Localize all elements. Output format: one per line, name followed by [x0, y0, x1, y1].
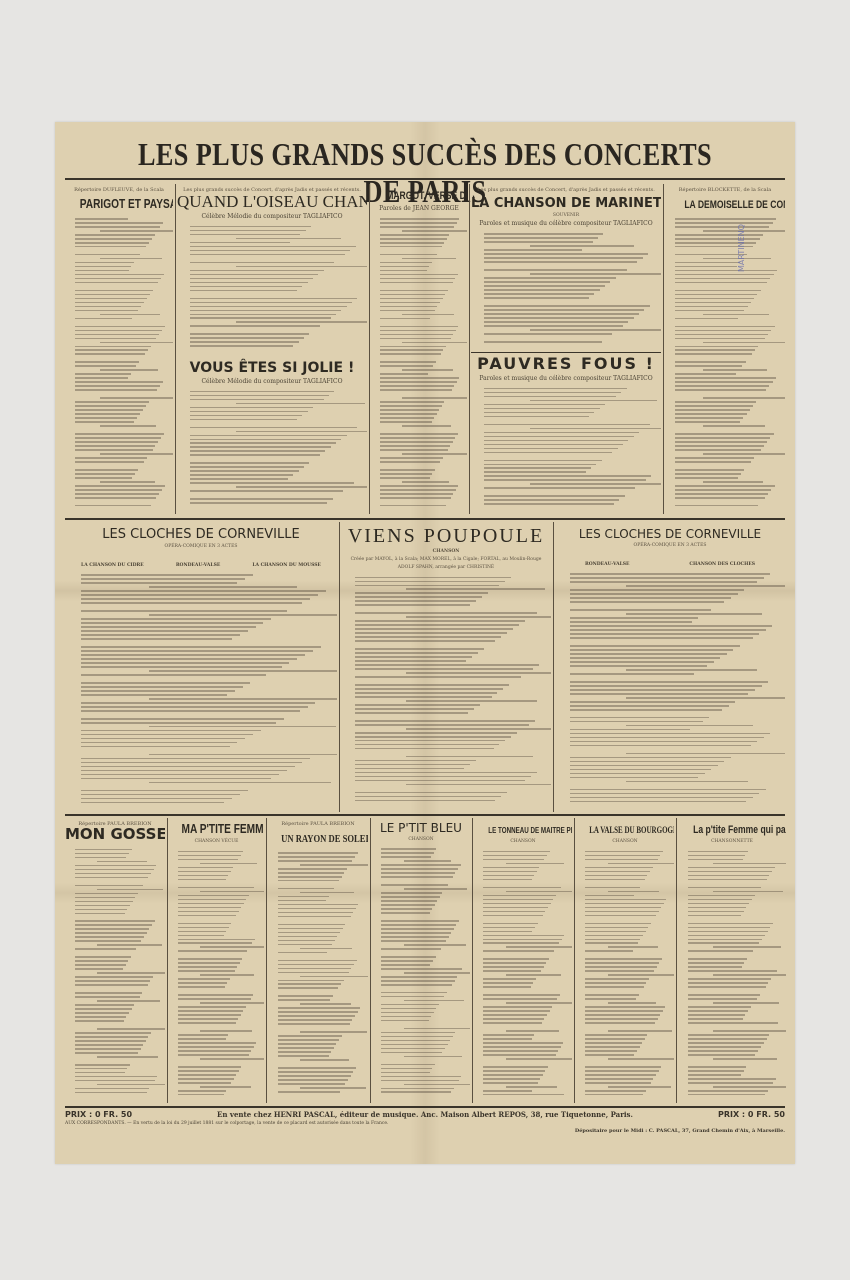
- lyric-line: [278, 904, 359, 906]
- lyric-line: [483, 879, 531, 881]
- song-subtitle: Paroles et musique du célèbre compositeu…: [471, 375, 661, 382]
- lyric-line: [530, 273, 661, 275]
- song-title: PAUVRES FOUS !: [471, 356, 661, 373]
- lyric-line: [483, 942, 559, 944]
- lyric-line: [484, 341, 601, 343]
- song-title: LA CHANSON DE MARINETTE: [471, 197, 661, 211]
- lyric-line: [585, 970, 654, 972]
- lyric-line: [81, 762, 302, 764]
- lyric-line: [381, 884, 447, 886]
- lyric-line: [484, 281, 610, 283]
- lyric-line: [675, 485, 774, 487]
- lyric-line: [81, 610, 286, 612]
- lyric-line: [278, 940, 335, 942]
- lyric-line: [178, 911, 239, 913]
- lyric-line: [484, 467, 591, 469]
- lyric-line: [355, 724, 529, 726]
- lyric-line: [81, 622, 263, 624]
- lyric-line: [703, 453, 785, 455]
- lyric-line: [278, 1055, 329, 1057]
- lyric-line: [688, 903, 749, 905]
- lyric-line: [585, 994, 638, 996]
- lyric-line: [404, 860, 451, 862]
- song-title: VOUS ÊTES SI JOLIE !: [177, 361, 367, 376]
- lyric-line: [570, 721, 703, 723]
- lyric-line: [713, 974, 786, 976]
- lyric-line: [190, 411, 307, 413]
- lyric-line: [688, 1082, 773, 1084]
- lyric-line: [381, 892, 442, 894]
- lyric-line: [81, 710, 299, 712]
- lyric-line: [483, 1006, 552, 1008]
- lyric-line: [100, 314, 160, 316]
- lyric-line: [570, 621, 692, 623]
- lyric-line: [675, 349, 755, 351]
- lyric-line: [355, 684, 509, 686]
- lyric-line: [355, 600, 476, 602]
- lyric-line: [75, 960, 129, 962]
- song-subtitle: CHANSONNETTE: [678, 839, 786, 845]
- lyric-line: [585, 907, 661, 909]
- lyric-line: [483, 855, 547, 857]
- lyric-line: [380, 433, 457, 435]
- song-genre: CHANSON: [341, 549, 551, 555]
- lyric-line: [381, 964, 430, 966]
- lyric-line: [355, 604, 470, 606]
- lyric-line: [278, 964, 355, 966]
- masthead-rule: [65, 178, 785, 180]
- lyric-line: [190, 333, 309, 335]
- lyric-line: [355, 772, 537, 774]
- lyric-line: [380, 469, 435, 471]
- lyric-line: [585, 1038, 644, 1040]
- song-subtitle: CHANSON VÉCUE: [169, 839, 264, 845]
- lyric-line: [570, 741, 757, 743]
- lyric-line: [81, 674, 266, 676]
- lyric-line: [178, 915, 236, 917]
- lyric-line: [585, 986, 643, 988]
- lyrics-block: [175, 851, 258, 1096]
- lyric-line: [570, 573, 771, 575]
- song-pauvres-fous: PAUVRES FOUS ! Paroles et musique du cél…: [471, 354, 661, 514]
- lyric-line: [75, 1088, 150, 1090]
- lyric-line: [484, 388, 626, 390]
- sub-song-headings: LA CHANSON DU CIDRE RONDEAU-VALSE LA CHA…: [65, 563, 337, 568]
- lyric-line: [380, 405, 441, 407]
- lyric-line: [675, 282, 767, 284]
- lyric-line: [178, 859, 238, 861]
- lyric-line: [381, 912, 429, 914]
- lyric-line: [675, 441, 767, 443]
- song-margot-verse-du-vin: MARGOT, VERSE DU VIN ! Paroles de JEAN G…: [371, 184, 467, 514]
- lyric-line: [484, 253, 648, 255]
- lyric-line: [675, 469, 744, 471]
- lyric-line: [483, 1082, 537, 1084]
- lyric-line: [381, 1044, 447, 1046]
- lyric-line: [355, 612, 537, 614]
- lyric-line: [75, 968, 123, 970]
- lyric-line: [380, 226, 454, 228]
- lyric-line: [178, 895, 249, 897]
- lyric-line: [626, 613, 761, 615]
- lyric-line: [381, 868, 458, 870]
- lyric-line: [190, 435, 347, 437]
- lyric-line: [355, 792, 507, 794]
- lyric-line: [75, 1008, 132, 1010]
- lyric-line: [278, 936, 338, 938]
- lyric-line: [381, 1016, 431, 1018]
- lyric-line: [688, 958, 748, 960]
- lyric-line: [149, 586, 297, 588]
- lyric-line: [190, 482, 354, 484]
- lyric-line: [75, 242, 149, 244]
- lyrics-block: [71, 574, 331, 803]
- lyric-line: [178, 1006, 245, 1008]
- lyric-line: [380, 497, 451, 499]
- lyric-line: [75, 234, 155, 236]
- lyric-line: [380, 298, 442, 300]
- lyric-line: [404, 972, 470, 974]
- lyrics-block: [71, 849, 159, 1094]
- lyric-line: [380, 326, 458, 328]
- lyric-line: [75, 449, 153, 451]
- lyric-line: [278, 880, 340, 882]
- lyric-line: [570, 601, 725, 603]
- lyric-line: [278, 852, 358, 854]
- lyric-line: [97, 1056, 158, 1058]
- lyric-line: [381, 1040, 450, 1042]
- song-subtitle: CHANSON: [474, 839, 572, 845]
- lyric-line: [81, 798, 232, 800]
- lyric-line: [355, 720, 535, 722]
- lyric-line: [190, 310, 341, 312]
- lyric-line: [483, 871, 536, 873]
- lyric-line: [585, 966, 656, 968]
- lyric-line: [402, 230, 467, 232]
- lyric-line: [570, 597, 731, 599]
- lyric-line: [236, 321, 367, 323]
- lyric-line: [675, 389, 766, 391]
- lyric-line: [688, 859, 743, 861]
- lyric-line: [530, 483, 661, 485]
- lyric-line: [484, 416, 589, 418]
- lyric-line: [178, 867, 233, 869]
- lyric-line: [278, 876, 342, 878]
- lyric-line: [75, 421, 135, 423]
- lyric-line: [608, 1002, 656, 1004]
- lyric-line: [585, 1078, 653, 1080]
- lyric-line: [483, 895, 555, 897]
- lyric-line: [570, 757, 731, 759]
- lyric-line: [483, 887, 560, 889]
- lyrics-block: [347, 577, 545, 802]
- lyric-line: [381, 1072, 429, 1074]
- lyric-line: [483, 1074, 542, 1076]
- lyric-line: [688, 970, 777, 972]
- lyric-line: [380, 477, 430, 479]
- lyric-line: [380, 246, 441, 248]
- lyric-line: [675, 473, 741, 475]
- song-quand-loiseau-chante: Les plus grands succès de Concert, d'apr…: [177, 184, 367, 354]
- song-un-rayon-de-soleil: Répertoire PAULA BREBION UN RAYON DE SOL…: [268, 818, 368, 1103]
- lyric-line: [75, 1080, 155, 1082]
- lyric-line: [75, 877, 149, 879]
- lyric-line: [585, 851, 662, 853]
- lyric-line: [355, 708, 474, 710]
- song-subtitle: Célèbre Mélodie du compositeur TAGLIAFIC…: [177, 378, 367, 385]
- lyric-line: [713, 1086, 786, 1088]
- lyric-line: [570, 717, 710, 719]
- lyric-line: [355, 768, 464, 770]
- lyric-line: [178, 1066, 241, 1068]
- lyric-line: [75, 1036, 149, 1038]
- lyric-line: [178, 1038, 225, 1040]
- lyric-line: [381, 992, 446, 994]
- lyric-line: [81, 730, 260, 732]
- lyric-line: [278, 924, 346, 926]
- lyric-line: [688, 907, 747, 909]
- lyric-line: [380, 262, 431, 264]
- lyrics-block: [377, 218, 461, 506]
- song-subtitle: CHANSON: [372, 837, 470, 843]
- depot-line: Dépositaire pour le Midi : C. PASCAL, 37…: [65, 1128, 785, 1134]
- lyric-line: [75, 262, 135, 264]
- lyric-line: [570, 581, 757, 583]
- lyric-line: [75, 984, 148, 986]
- lyric-line: [506, 946, 572, 948]
- lyric-line: [484, 305, 650, 307]
- lyric-line: [675, 381, 772, 383]
- lyric-line: [483, 939, 561, 941]
- lyric-line: [483, 1054, 555, 1056]
- lyric-line: [713, 1058, 777, 1060]
- song-subtitle: OPÉRA-COMIQUE EN 3 ACTES: [555, 543, 785, 549]
- lyric-line: [570, 661, 714, 663]
- row-rule: [65, 814, 785, 816]
- lyric-line: [381, 936, 448, 938]
- lyric-line: [484, 464, 596, 466]
- column-divider: [676, 818, 677, 1103]
- lyric-line: [355, 592, 488, 594]
- lyric-line: [190, 498, 332, 500]
- lyric-line: [688, 978, 772, 980]
- lyric-line: [381, 984, 452, 986]
- lyric-line: [688, 950, 753, 952]
- lyric-line: [278, 1047, 334, 1049]
- lyric-line: [570, 633, 760, 635]
- row-rule: [65, 518, 785, 520]
- lyric-line: [483, 1090, 532, 1092]
- lyric-line: [381, 1008, 436, 1010]
- lyric-line: [404, 1028, 470, 1030]
- lyric-line: [688, 895, 755, 897]
- song-ma-ptite-femme: MA P'TITE FEMME CHANSON VÉCUE: [169, 818, 264, 1103]
- lyric-line: [355, 640, 496, 642]
- lyric-line: [688, 1010, 748, 1012]
- lyrics-block: [274, 852, 362, 1093]
- column-divider: [472, 818, 473, 1103]
- lyric-line: [178, 978, 229, 980]
- lyric-line: [178, 931, 226, 933]
- lyric-line: [178, 986, 224, 988]
- lyric-line: [570, 617, 699, 619]
- lyric-line: [75, 433, 164, 435]
- lyric-line: [149, 754, 337, 756]
- lyric-line: [626, 725, 752, 727]
- lyric-line: [278, 1019, 353, 1021]
- lyric-line: [483, 1066, 548, 1068]
- lyric-line: [688, 1090, 768, 1092]
- lyric-line: [75, 901, 133, 903]
- lyric-line: [484, 424, 650, 426]
- lyric-line: [81, 638, 232, 640]
- lyric-line: [570, 653, 727, 655]
- lyric-line: [688, 1050, 758, 1052]
- lyric-line: [75, 310, 138, 312]
- lyric-line: [149, 726, 336, 728]
- lyric-line: [81, 802, 224, 804]
- lyric-line: [703, 369, 767, 371]
- song-title: MARGOT, VERSE DU VIN !: [386, 191, 467, 203]
- lyric-line: [484, 408, 600, 410]
- lyric-line: [675, 310, 744, 312]
- lyric-line: [278, 1035, 342, 1037]
- song-title: LES CLOCHES DE CORNEVILLE: [65, 528, 337, 542]
- lyric-line: [675, 445, 764, 447]
- lyric-line: [97, 944, 161, 946]
- lyric-line: [506, 891, 572, 893]
- lyric-line: [626, 697, 785, 699]
- lyric-line: [483, 1046, 560, 1048]
- lyric-line: [190, 478, 288, 480]
- lyric-line: [381, 976, 457, 978]
- lyric-line: [570, 681, 768, 683]
- lyric-line: [570, 609, 712, 611]
- lyric-line: [355, 668, 533, 670]
- lyric-line: [75, 326, 165, 328]
- lyric-line: [484, 436, 634, 438]
- lyric-line: [75, 290, 153, 292]
- lyric-line: [483, 950, 554, 952]
- lyric-line: [585, 875, 647, 877]
- song-la-valse-du-bourgogne: LA VALSE DU BOURGOGNE CHANSON: [576, 818, 674, 1103]
- lyric-line: [190, 282, 307, 284]
- lyric-line: [190, 395, 329, 397]
- lyric-line: [75, 857, 127, 859]
- lyric-line: [178, 935, 224, 937]
- lyric-line: [380, 274, 457, 276]
- column-divider: [663, 184, 664, 514]
- lyric-line: [75, 437, 161, 439]
- lyric-line: [675, 222, 772, 224]
- lyric-line: [483, 851, 549, 853]
- lyrics-block: [582, 851, 668, 1096]
- lyric-line: [688, 966, 742, 968]
- lyric-line: [483, 966, 543, 968]
- lyric-line: [483, 907, 548, 909]
- lyric-line: [190, 298, 357, 300]
- lyric-line: [355, 732, 517, 734]
- lyric-line: [355, 577, 511, 579]
- lyric-line: [380, 449, 447, 451]
- lyric-line: [75, 485, 165, 487]
- lyric-line: [675, 489, 771, 491]
- lyric-line: [75, 381, 163, 383]
- lyric-line: [585, 1090, 645, 1092]
- lyric-line: [190, 450, 325, 452]
- lyric-line: [380, 437, 455, 439]
- lyric-line: [484, 261, 637, 263]
- lyric-line: [278, 1083, 346, 1085]
- lyric-line: [570, 705, 729, 707]
- lyric-line: [688, 1054, 755, 1056]
- lyric-line: [484, 432, 639, 434]
- lyric-line: [381, 1012, 433, 1014]
- lyric-line: [675, 413, 746, 415]
- lyric-line: [190, 226, 311, 228]
- lyric-line: [355, 620, 525, 622]
- lyric-line: [149, 698, 337, 700]
- lyric-line: [81, 766, 294, 768]
- lyric-line: [381, 876, 452, 878]
- lyric-line: [278, 987, 339, 989]
- lyric-line: [355, 696, 492, 698]
- lyric-line: [200, 946, 264, 948]
- lyric-line: [380, 457, 442, 459]
- lyric-line: [483, 1018, 544, 1020]
- lyric-line: [355, 796, 502, 798]
- lyric-line: [75, 377, 128, 379]
- lyric-line: [483, 1010, 549, 1012]
- lyric-line: [688, 1070, 744, 1072]
- lyric-line: [675, 385, 769, 387]
- lyric-line: [355, 581, 505, 583]
- lyric-line: [675, 493, 768, 495]
- lyric-line: [406, 784, 551, 786]
- lyric-line: [484, 392, 621, 394]
- lyric-line: [570, 733, 771, 735]
- lyric-line: [585, 879, 644, 881]
- lyric-line: [75, 1076, 158, 1078]
- lyric-line: [75, 373, 131, 375]
- song-title: LES CLOCHES DE CORNEVILLE: [555, 528, 785, 541]
- lyric-line: [81, 602, 302, 604]
- lyric-line: [381, 1076, 461, 1078]
- lyric-line: [406, 616, 551, 618]
- lyric-line: [200, 891, 264, 893]
- lyric-line: [381, 948, 440, 950]
- lyric-line: [75, 254, 140, 256]
- lyric-line: [484, 233, 603, 235]
- lyric-line: [75, 1020, 124, 1022]
- footer: PRIX : 0 FR. 50 En vente chez HENRI PASC…: [65, 1110, 785, 1134]
- lyric-line: [380, 441, 452, 443]
- lyric-line: [675, 377, 775, 379]
- lyric-line: [381, 1088, 453, 1090]
- lyric-line: [178, 994, 253, 996]
- lyric-line: [675, 405, 753, 407]
- lyric-line: [178, 1034, 228, 1036]
- lyric-line: [380, 238, 446, 240]
- lyric-line: [484, 396, 616, 398]
- lyric-line: [190, 446, 331, 448]
- lyric-line: [483, 923, 537, 925]
- lyric-line: [626, 753, 785, 755]
- lyric-line: [355, 632, 507, 634]
- lyrics-block: [671, 218, 779, 506]
- lyric-line: [506, 974, 561, 976]
- column-divider: [370, 818, 371, 1103]
